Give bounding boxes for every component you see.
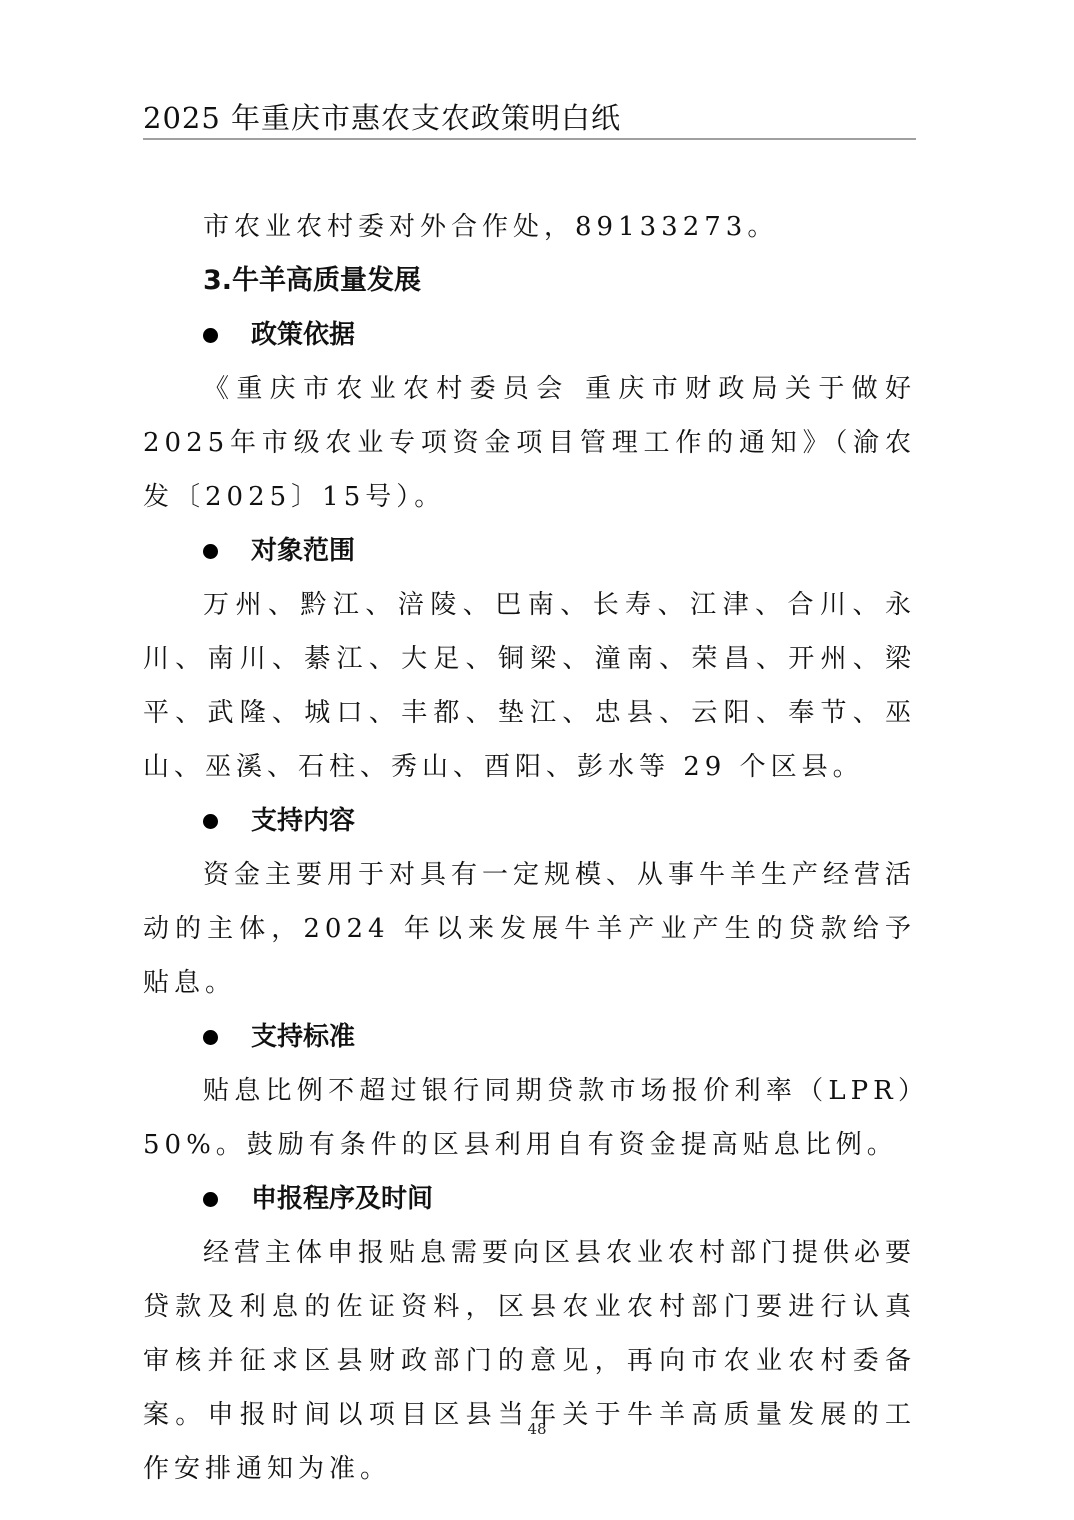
heading-label: 政策依据 bbox=[251, 308, 355, 362]
section-support-content: 支持内容 资金主要用于对具有一定规模、从事牛羊生产经营活动的主体，2024 年以… bbox=[143, 794, 916, 1010]
paragraph: 经营主体申报贴息需要向区县农业农村部门提供必要贷款及利息的佐证资料，区县农业农村… bbox=[143, 1226, 916, 1496]
bullet-icon bbox=[203, 1192, 218, 1207]
section-policy-basis: 政策依据 《重庆市农业农村委员会 重庆市财政局关于做好2025年市级农业专项资金… bbox=[143, 308, 916, 524]
heading-label: 申报程序及时间 bbox=[251, 1172, 433, 1226]
section-title: 3.牛羊高质量发展 bbox=[143, 254, 916, 308]
bullet-heading: 对象范围 bbox=[143, 524, 916, 578]
bullet-heading: 支持内容 bbox=[143, 794, 916, 848]
bullet-icon bbox=[203, 328, 218, 343]
bullet-heading: 申报程序及时间 bbox=[143, 1172, 916, 1226]
section-application-procedure: 申报程序及时间 经营主体申报贴息需要向区县农业农村部门提供必要贷款及利息的佐证资… bbox=[143, 1172, 916, 1496]
page-header: 2025 年重庆市惠农支农政策明白纸 bbox=[143, 96, 916, 140]
heading-label: 支持内容 bbox=[251, 794, 355, 848]
bullet-icon bbox=[203, 1030, 218, 1045]
bullet-heading: 支持标准 bbox=[143, 1010, 916, 1064]
paragraph: 资金主要用于对具有一定规模、从事牛羊生产经营活动的主体，2024 年以来发展牛羊… bbox=[143, 848, 916, 1010]
bullet-heading: 政策依据 bbox=[143, 308, 916, 362]
section-support-standard: 支持标准 贴息比例不超过银行同期贷款市场报价利率（LPR）50%。鼓励有条件的区… bbox=[143, 1010, 916, 1172]
heading-label: 对象范围 bbox=[251, 524, 355, 578]
document-title: 2025 年重庆市惠农支农政策明白纸 bbox=[143, 96, 916, 140]
bullet-icon bbox=[203, 544, 218, 559]
heading-label: 支持标准 bbox=[251, 1010, 355, 1064]
bullet-icon bbox=[203, 814, 218, 829]
page-number: 48 bbox=[0, 1420, 1074, 1438]
paragraph: 贴息比例不超过银行同期贷款市场报价利率（LPR）50%。鼓励有条件的区县利用自有… bbox=[143, 1064, 916, 1172]
page-body: 市农业农村委对外合作处，89133273。 3.牛羊高质量发展 政策依据 《重庆… bbox=[143, 200, 916, 1496]
paragraph: 万州、黔江、涪陵、巴南、长寿、江津、合川、永川、南川、綦江、大足、铜梁、潼南、荣… bbox=[143, 578, 916, 794]
contact-line: 市农业农村委对外合作处，89133273。 bbox=[143, 200, 916, 254]
paragraph: 《重庆市农业农村委员会 重庆市财政局关于做好2025年市级农业专项资金项目管理工… bbox=[143, 362, 916, 524]
header-divider bbox=[143, 138, 916, 140]
section-target-scope: 对象范围 万州、黔江、涪陵、巴南、长寿、江津、合川、永川、南川、綦江、大足、铜梁… bbox=[143, 524, 916, 794]
